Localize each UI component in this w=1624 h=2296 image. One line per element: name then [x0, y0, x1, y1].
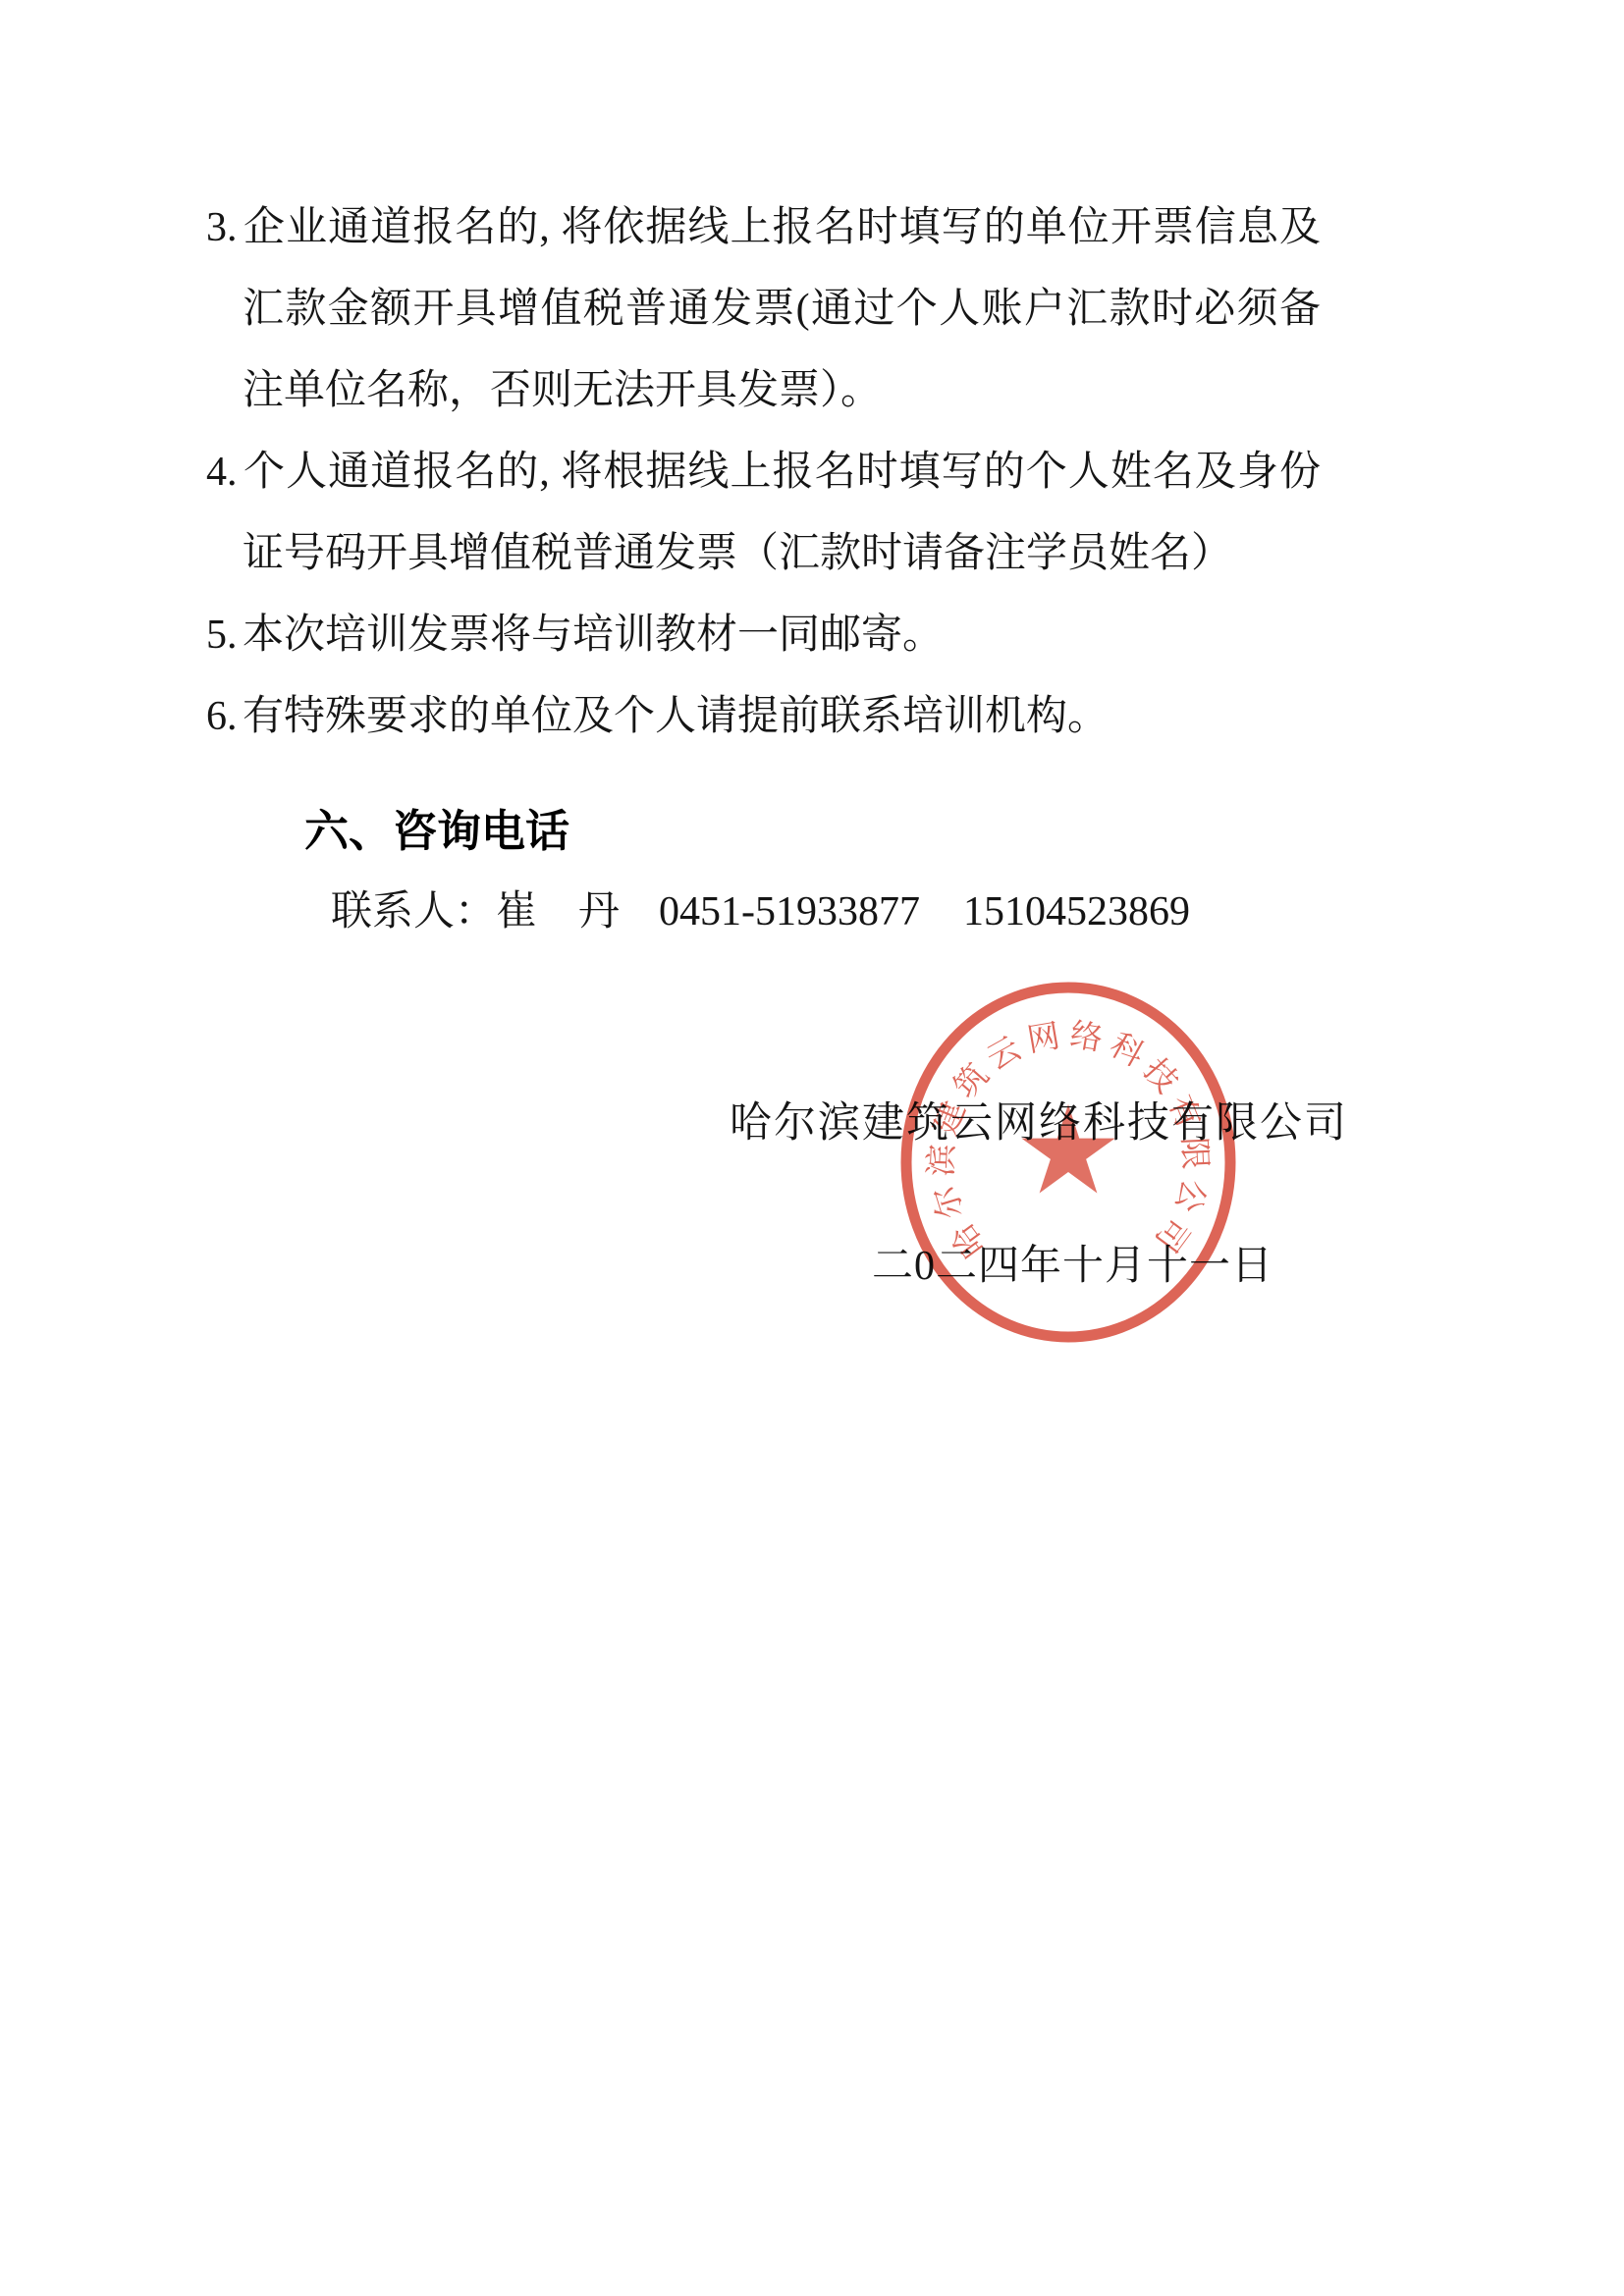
contact-phone-1: 0451-51933877	[659, 889, 920, 934]
list-text: 个人通道报名的, 将根据线上报名时填写的个人姓名及身份	[243, 450, 1321, 495]
contact-line: 联系人：崔 丹0451-5193387715104523869	[331, 872, 1321, 953]
list-line-3: 注单位名称，否则无法开具发票）。	[206, 350, 1321, 432]
list-text: 注单位名称，否则无法开具发票）。	[243, 368, 882, 413]
document-body: 3.企业通道报名的, 将依据线上报名时填写的单位开票信息及 汇款金额开具增值税普…	[206, 187, 1321, 953]
list-number: 3.	[206, 187, 243, 269]
list-number: 4.	[206, 432, 243, 513]
document-page: 3.企业通道报名的, 将依据线上报名时填写的单位开票信息及 汇款金额开具增值税普…	[0, 0, 1624, 2296]
contact-label: 联系人：	[331, 889, 496, 934]
contact-phone-2: 15104523869	[963, 889, 1190, 934]
list-text: 本次培训发票将与培训教材一同邮寄。	[243, 613, 944, 658]
seal-star-icon	[1021, 1104, 1114, 1194]
list-line-5: 证号码开具增值税普通发票（汇款时请备注学员姓名）	[206, 513, 1321, 595]
list-line-2: 汇款金额开具增值税普通发票(通过个人账户汇款时必须备	[206, 269, 1321, 350]
list-line-6: 5.本次培训发票将与培训教材一同邮寄。	[206, 595, 1321, 676]
contact-name: 崔 丹	[496, 889, 620, 934]
section-heading: 六、咨询电话	[304, 790, 1321, 872]
list-text: 有特殊要求的单位及个人请提前联系培训机构。	[243, 694, 1109, 739]
list-text: 证号码开具增值税普通发票（汇款时请备注学员姓名）	[243, 531, 1232, 576]
list-number: 6.	[206, 676, 243, 758]
list-number: 5.	[206, 595, 243, 676]
list-text: 汇款金额开具增值税普通发票(通过个人账户汇款时必须备	[243, 287, 1321, 332]
list-line-1: 3.企业通道报名的, 将依据线上报名时填写的单位开票信息及	[206, 187, 1321, 269]
list-line-4: 4.个人通道报名的, 将根据线上报名时填写的个人姓名及身份	[206, 432, 1321, 513]
list-text: 企业通道报名的, 将依据线上报名时填写的单位开票信息及	[243, 205, 1321, 250]
company-seal-stamp: 哈尔滨建筑云网络科技有限公司	[896, 972, 1240, 1355]
list-line-7: 6.有特殊要求的单位及个人请提前联系培训机构。	[206, 676, 1321, 758]
